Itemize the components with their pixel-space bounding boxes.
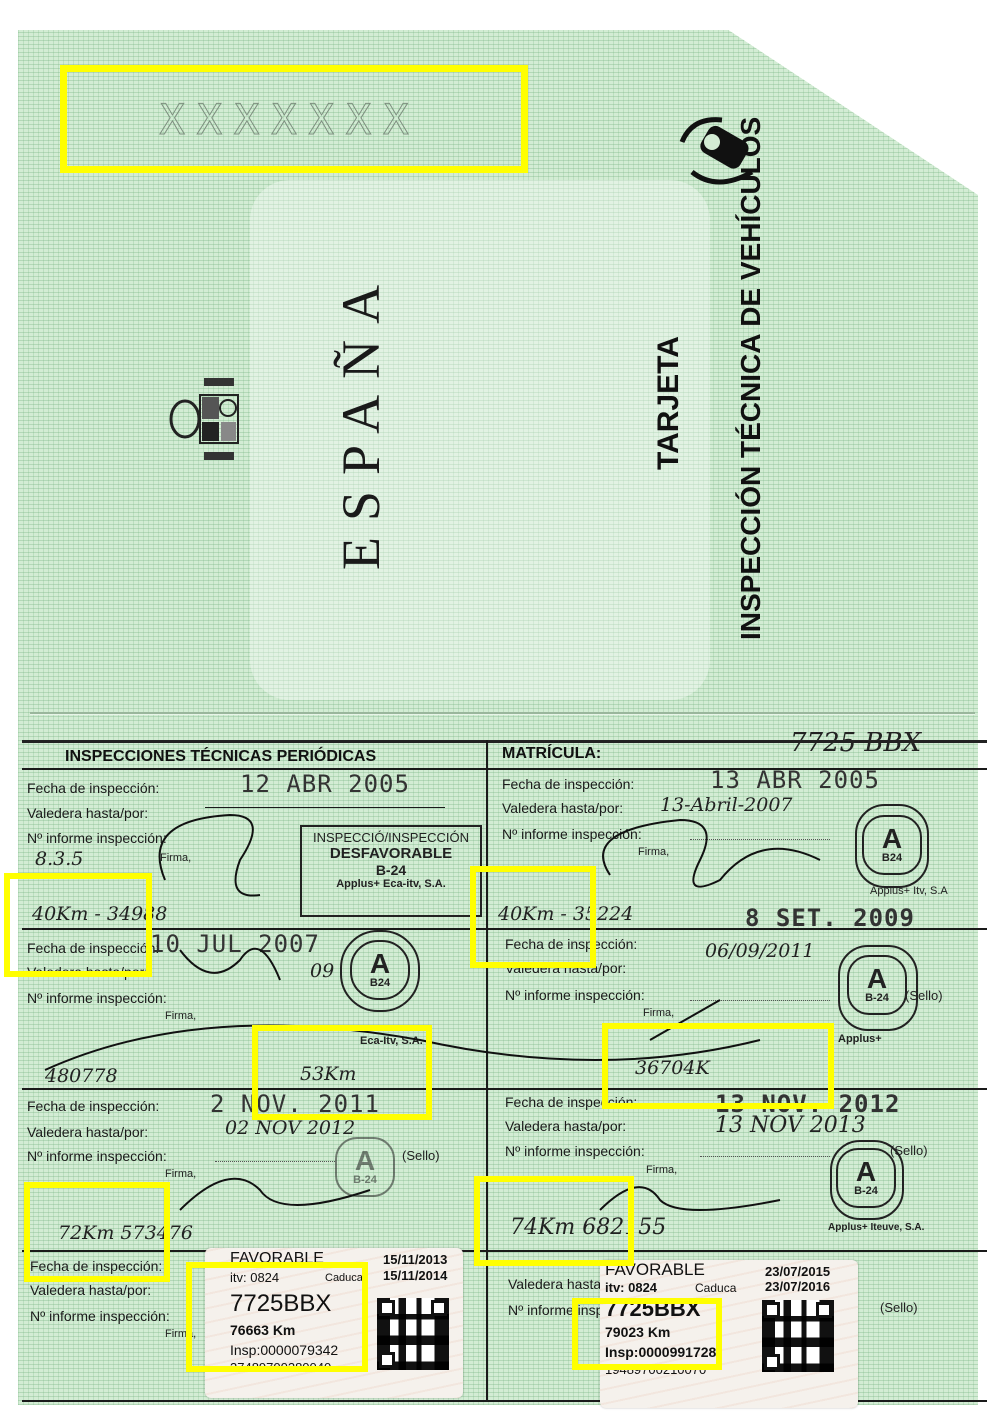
informe-label: Nº informe inspección:	[27, 990, 167, 1006]
valedera-value: 09	[310, 960, 334, 982]
redaction-highlight	[474, 1176, 634, 1266]
valedera-value: 02 NOV 2012	[225, 1117, 355, 1139]
card-subtitle: INSPECCIÓN TÉCNICA DE VEHÍCULOS	[735, 117, 767, 640]
coat-of-arms-icon	[160, 370, 260, 470]
valedera-label: Valedera hasta/por:	[502, 800, 623, 816]
firma-label: Firma,	[646, 1164, 677, 1176]
informe-label: Nº informe inspección:	[27, 1148, 167, 1164]
itv-seal: A B24	[350, 940, 410, 1000]
redaction-highlight	[252, 1025, 432, 1120]
informe-label: Nº informe inspección:	[502, 826, 642, 842]
sello-label: (Sello)	[905, 988, 943, 1003]
fecha-value: 10 JUL 2007	[150, 930, 320, 958]
firma-label: Firma,	[165, 1168, 196, 1180]
card-fold	[30, 712, 975, 714]
right-header: MATRÍCULA:	[502, 745, 601, 763]
fecha-value: 8 SET. 2009	[745, 904, 915, 932]
redaction-highlight	[24, 1182, 170, 1282]
valedera-value: 13-Abril-2007	[660, 794, 793, 816]
qr-code-icon	[762, 1300, 834, 1372]
sticker-caduca-label: Caduca	[695, 1281, 736, 1295]
valedera-label: Valedera hasta/por:	[27, 1124, 148, 1140]
country-title: ESPAÑA	[330, 269, 392, 570]
seal-company: Applus+	[838, 1033, 882, 1045]
redaction-highlight	[60, 65, 528, 173]
unfavorable-stamp: INSPECCIÓ/INSPECCIÓN DESFAVORABLE B-24 A…	[300, 825, 482, 917]
valedera-value: 06/09/2011	[705, 940, 815, 962]
informe-label: Nº informe inspección:	[27, 830, 167, 846]
firma-label: Firma,	[638, 846, 669, 858]
card-title: TARJETA	[652, 336, 686, 470]
valedera-label: Valedera hasta/por:	[27, 805, 148, 821]
itv-seal: A B-24	[335, 1137, 395, 1197]
informe-label: Nº informe inspección:	[505, 987, 645, 1003]
sticker-date-inspection: 23/07/2015	[765, 1264, 830, 1279]
informe-value: 8.3.5	[35, 848, 83, 870]
valedera-line	[205, 807, 445, 808]
redaction-highlight	[186, 1262, 368, 1372]
report-handwritten: 480778	[45, 1065, 118, 1087]
redaction-highlight	[572, 1298, 722, 1370]
qr-code-icon	[377, 1298, 449, 1370]
redaction-highlight	[470, 866, 596, 968]
sticker-date-inspection: 15/11/2013	[383, 1252, 447, 1267]
sello-label: (Sello)	[880, 1300, 918, 1315]
sticker-date-expiry: 23/07/2016	[765, 1279, 830, 1294]
itv-seal: A B-24	[847, 955, 907, 1015]
sello-label: (Sello)	[402, 1148, 440, 1163]
redaction-highlight	[4, 873, 152, 977]
left-header: INSPECCIONES TÉCNICAS PERIÓDICAS	[65, 748, 376, 766]
informe-dots	[215, 1160, 335, 1162]
fecha-label: Fecha de inspección:	[502, 776, 634, 792]
firma-label: Firma,	[165, 1010, 196, 1022]
sello-label: (Sello)	[890, 1143, 928, 1158]
itv-seal: A B-24	[836, 1148, 896, 1208]
valedera-value: 13 NOV 2013	[715, 1113, 866, 1138]
valedera-label: Valedera hasta/por:	[505, 1118, 626, 1134]
sticker-itv: itv: 0824	[605, 1280, 657, 1295]
seal-company: Applus+ Iteuve, S.A.	[828, 1222, 924, 1233]
redaction-highlight	[602, 1023, 834, 1109]
informe-label: Nº informe inspección:	[30, 1308, 170, 1324]
fecha-label: Fecha de inspección:	[27, 1098, 159, 1114]
informe-dots	[700, 1155, 830, 1157]
fecha-value: 13 ABR 2005	[710, 766, 880, 794]
firma-label: Firma,	[160, 852, 191, 864]
watermark-emblem	[250, 180, 710, 700]
informe-label: Nº informe inspección:	[505, 1143, 645, 1159]
firma-label: Firma,	[643, 1007, 674, 1019]
informe-dots	[690, 999, 830, 1001]
itv-seal: A B24	[862, 815, 922, 875]
seal-company: Applus+ Itv, S.A	[870, 885, 948, 897]
fecha-value: 12 ABR 2005	[240, 770, 410, 798]
informe-dots	[690, 838, 830, 840]
column-divider	[486, 740, 488, 1400]
valedera-label: Valedera hasta/por:	[30, 1282, 151, 1298]
fecha-label: Fecha de inspección:	[27, 780, 159, 796]
plate-handwritten: 7725 BBX	[790, 728, 921, 758]
sticker-date-expiry: 15/11/2014	[383, 1268, 447, 1283]
